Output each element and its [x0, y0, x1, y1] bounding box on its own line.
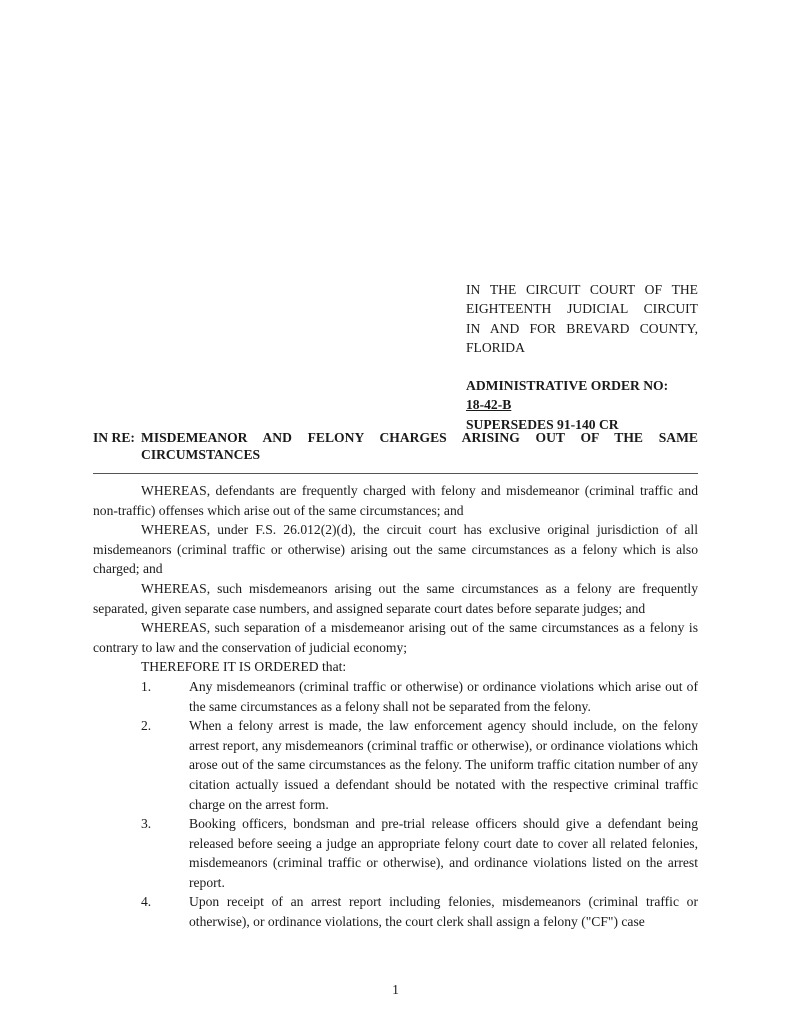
whereas-clause: WHEREAS, defendants are frequently charg…	[93, 481, 698, 520]
item-text: Booking officers, bondsman and pre-trial…	[189, 814, 698, 892]
court-line: IN THE CIRCUIT COURT OF THE	[466, 280, 698, 299]
ordered-item: 4. Upon receipt of an arrest report incl…	[93, 892, 698, 931]
administrative-order-block: ADMINISTRATIVE ORDER NO: 18-42-B SUPERSE…	[466, 376, 698, 434]
court-line: EIGHTEENTH JUDICIAL CIRCUIT	[466, 299, 698, 318]
whereas-clause: WHEREAS, such misdemeanors arising out t…	[93, 579, 698, 618]
in-re-subject-line: MISDEMEANOR AND FELONY CHARGES ARISING O…	[141, 429, 698, 446]
ordered-item: 2. When a felony arrest is made, the law…	[93, 716, 698, 814]
whereas-clause: WHEREAS, under F.S. 26.012(2)(d), the ci…	[93, 520, 698, 579]
item-number: 4.	[93, 892, 189, 931]
order-body: WHEREAS, defendants are frequently charg…	[93, 481, 698, 932]
ordered-heading: THEREFORE IT IS ORDERED that:	[93, 657, 698, 677]
in-re-subject-line: CIRCUMSTANCES	[141, 447, 260, 462]
order-number: 18-42-B	[466, 397, 511, 412]
court-line: IN AND FOR BREVARD COUNTY,	[466, 319, 698, 338]
item-number: 1.	[93, 677, 189, 716]
in-re-label: IN RE:	[93, 429, 141, 463]
court-name: IN THE CIRCUIT COURT OF THE EIGHTEENTH J…	[466, 280, 698, 357]
item-text: Upon receipt of an arrest report includi…	[189, 892, 698, 931]
page-number: 1	[0, 982, 791, 998]
order-label: ADMINISTRATIVE ORDER NO:	[466, 376, 698, 395]
item-number: 2.	[93, 716, 189, 814]
court-line: FLORIDA	[466, 338, 698, 357]
case-caption: IN THE CIRCUIT COURT OF THE EIGHTEENTH J…	[466, 280, 698, 434]
item-text: Any misdemeanors (criminal traffic or ot…	[189, 677, 698, 716]
divider-rule	[93, 473, 698, 474]
item-text: When a felony arrest is made, the law en…	[189, 716, 698, 814]
ordered-item: 1. Any misdemeanors (criminal traffic or…	[93, 677, 698, 716]
whereas-clause: WHEREAS, such separation of a misdemeano…	[93, 618, 698, 657]
ordered-item: 3. Booking officers, bondsman and pre-tr…	[93, 814, 698, 892]
in-re-subject: MISDEMEANOR AND FELONY CHARGES ARISING O…	[141, 429, 698, 463]
in-re-heading: IN RE: MISDEMEANOR AND FELONY CHARGES AR…	[93, 429, 698, 463]
item-number: 3.	[93, 814, 189, 892]
